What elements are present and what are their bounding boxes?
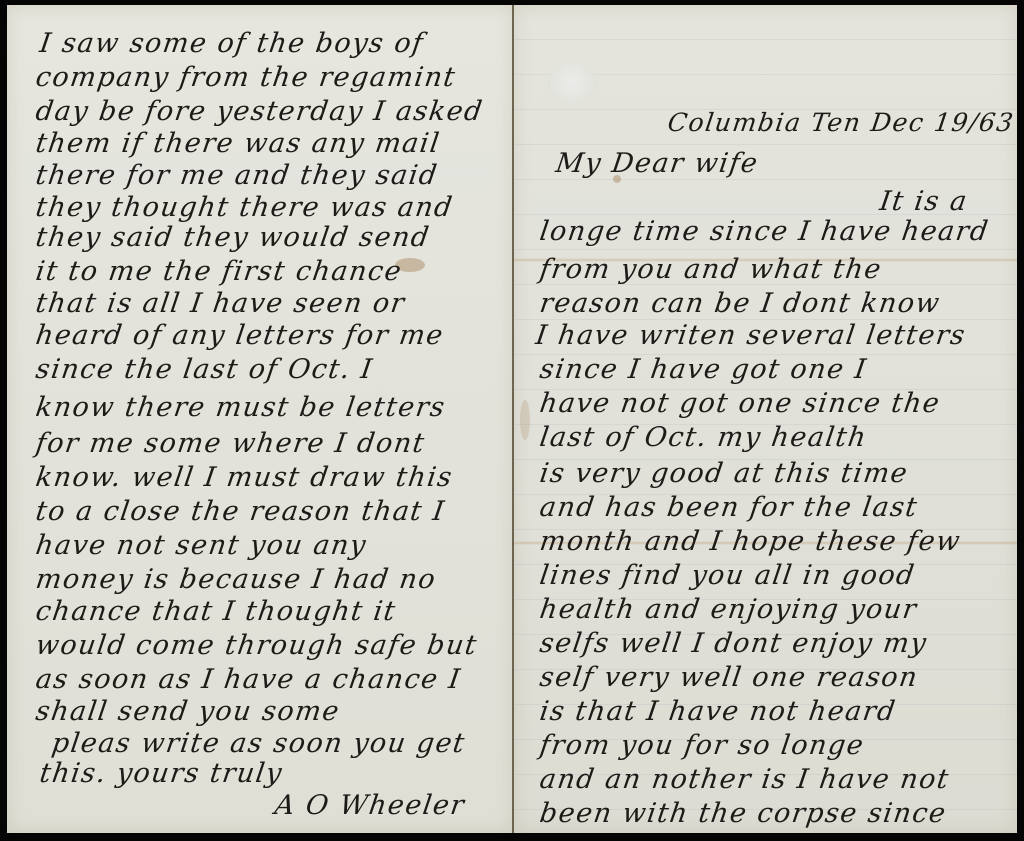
- letter-line: day be fore yesterday I asked: [34, 96, 486, 127]
- letter-line: self very well one reason: [538, 662, 921, 693]
- letter-line: them if there was any mail: [34, 128, 443, 159]
- page-fold: [512, 5, 514, 833]
- letter-line: chance that I thought it: [34, 596, 399, 627]
- letter-line: reason can be I dont know: [538, 288, 943, 319]
- letter-line: last of Oct. my health: [538, 422, 869, 453]
- letter-heading: Columbia Ten Dec 19/63: [666, 108, 1016, 137]
- letter-line: heard of any letters for me: [34, 320, 446, 351]
- salutation: My Dear wife: [554, 148, 761, 179]
- letter-line: longe time since I have heard: [538, 216, 991, 247]
- stain: [520, 400, 530, 440]
- letter-line: money is because I had no: [34, 564, 439, 595]
- letter-line: since the last of Oct. I: [34, 354, 376, 385]
- letter-line: from you and what the: [538, 254, 884, 285]
- letter-line: know. well I must draw this: [34, 462, 455, 493]
- letter-line: there for me and they said: [34, 160, 440, 191]
- signature: A O Wheeler: [273, 790, 467, 821]
- letter-line: health and enjoying your: [538, 594, 920, 625]
- letter-line: they said they would send: [34, 222, 432, 253]
- letter-line: month and I hope these few: [538, 526, 963, 557]
- letter-line: is very good at this time: [538, 458, 910, 489]
- letter-line: it to me the first chance: [34, 256, 404, 287]
- letter-line: would come through safe but: [34, 630, 480, 661]
- letter-line: It is a: [878, 186, 970, 217]
- letter-line: since I have got one I: [538, 354, 869, 385]
- letter-line: they thought there was and: [34, 192, 456, 223]
- letter-line: and has been for the last: [538, 492, 920, 523]
- letter-line: pleas write as soon you get: [50, 728, 468, 759]
- letter-line: from you for so longe: [538, 730, 867, 761]
- letter-line: I saw some of the boys of: [38, 28, 426, 59]
- letter-line: shall send you some: [34, 696, 342, 727]
- letter-line: for me some where I dont: [34, 428, 428, 459]
- embossed-seal-icon: [548, 62, 596, 102]
- letter-line: to a close the reason that I: [34, 496, 447, 527]
- letter-line: know there must be letters: [34, 392, 448, 423]
- letter-line: and an nother is I have not: [538, 764, 952, 795]
- letter-line: is that I have not heard: [538, 696, 898, 727]
- letter-line: this. yours truly: [38, 758, 285, 789]
- letter-line: company from the regamint: [34, 62, 458, 93]
- letter-line: I have writen several letters: [534, 320, 968, 351]
- letter-line: as soon as I have a chance I: [34, 664, 463, 695]
- letter-line: that is all I have seen or: [34, 288, 408, 319]
- letter-line: have not sent you any: [34, 530, 369, 561]
- letter-line: been with the corpse since: [538, 798, 949, 829]
- letter-line: selfs well I dont enjoy my: [538, 628, 929, 659]
- letter-line: have not got one since the: [538, 388, 943, 419]
- letter-line: lines find you all in good: [538, 560, 917, 591]
